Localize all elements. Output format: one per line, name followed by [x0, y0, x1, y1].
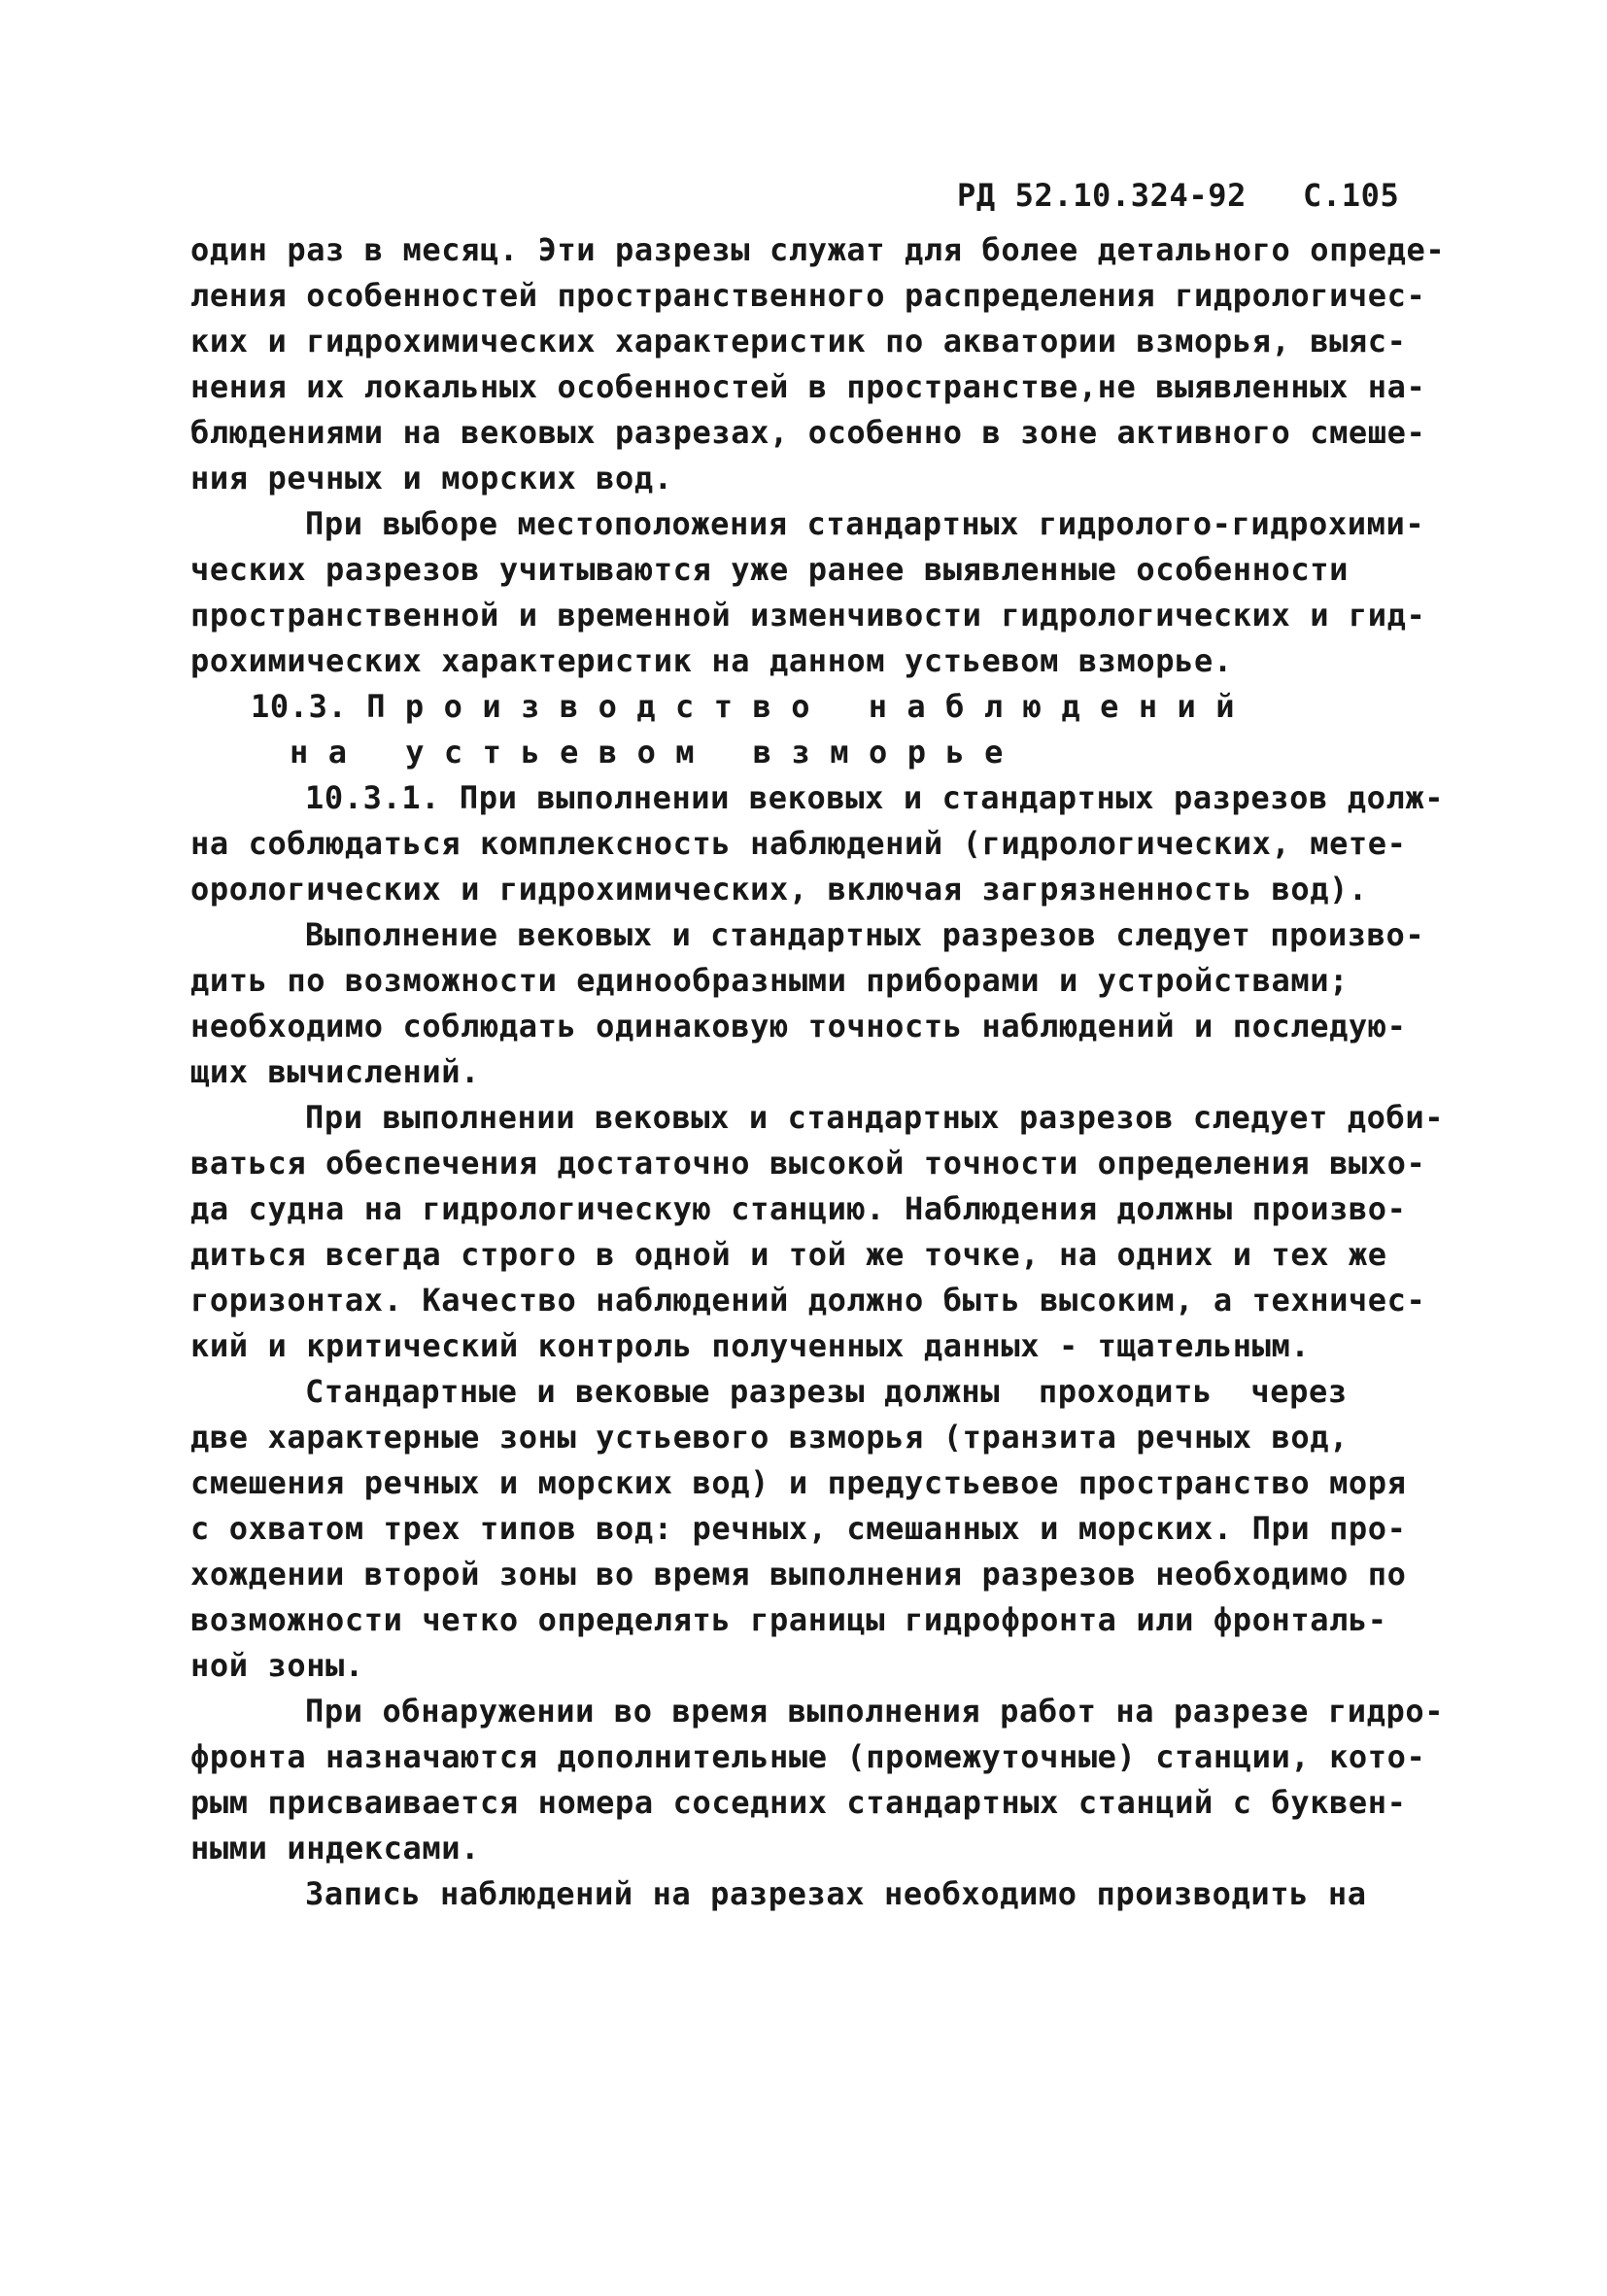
text-line: горизонтах. Качество наблюдений должно б…: [190, 1278, 1512, 1323]
heading-line: 10.3. П р о и з в о д с т в о н а б л ю …: [190, 684, 1512, 730]
document-body: один раз в месяц. Эти разрезы служат для…: [190, 227, 1512, 1917]
text-line: ления особенностей пространственного рас…: [190, 273, 1512, 319]
heading-line: н а у с т ь е в о м в з м о р ь е: [190, 730, 1512, 775]
page-header: РД 52.10.324-92 С.105: [957, 177, 1399, 214]
text-line: Запись наблюдений на разрезах необходимо…: [190, 1871, 1512, 1917]
text-line: ких и гидрохимических характеристик по а…: [190, 319, 1512, 364]
paragraph: При выполнении вековых и стандартных раз…: [190, 1095, 1512, 1369]
text-line: да судна на гидрологическую станцию. Наб…: [190, 1186, 1512, 1232]
paragraph: один раз в месяц. Эти разрезы служат для…: [190, 227, 1512, 501]
text-line: хождении второй зоны во время выполнения…: [190, 1552, 1512, 1597]
text-line: возможности четко определять границы гид…: [190, 1597, 1512, 1643]
text-line: ными индексами.: [190, 1826, 1512, 1871]
text-line: рым присваивается номера соседних станда…: [190, 1780, 1512, 1826]
text-line: При обнаружении во время выполнения рабо…: [190, 1689, 1512, 1734]
text-line: При выборе местоположения стандартных ги…: [190, 501, 1512, 547]
text-line: орологических и гидрохимических, включая…: [190, 867, 1512, 912]
text-line: пространственной и временной изменчивост…: [190, 593, 1512, 638]
text-line: две характерные зоны устьевого взморья (…: [190, 1415, 1512, 1460]
text-line: ния речных и морских вод.: [190, 456, 1512, 501]
text-line: Стандартные и вековые разрезы должны про…: [190, 1369, 1512, 1415]
text-line: блюдениями на вековых разрезах, особенно…: [190, 410, 1512, 456]
text-line: нения их локальных особенностей в простр…: [190, 364, 1512, 410]
text-line: необходимо соблюдать одинаковую точность…: [190, 1004, 1512, 1049]
text-line: кий и критический контроль полученных да…: [190, 1323, 1512, 1369]
page-number: С.105: [1303, 177, 1399, 214]
paragraph: Стандартные и вековые разрезы должны про…: [190, 1369, 1512, 1689]
text-line: щих вычислений.: [190, 1049, 1512, 1095]
header-gap: [1247, 177, 1303, 214]
text-line: один раз в месяц. Эти разрезы служат для…: [190, 227, 1512, 273]
section-heading: 10.3. П р о и з в о д с т в о н а б л ю …: [190, 684, 1512, 775]
paragraph: При обнаружении во время выполнения рабо…: [190, 1689, 1512, 1871]
paragraph: При выборе местоположения стандартных ги…: [190, 501, 1512, 684]
paragraph: Выполнение вековых и стандартных разрезо…: [190, 912, 1512, 1095]
text-line: с охватом трех типов вод: речных, смешан…: [190, 1506, 1512, 1552]
doc-number: РД 52.10.324-92: [957, 177, 1247, 214]
text-line: смешения речных и морских вод) и предуст…: [190, 1460, 1512, 1506]
text-line: 10.3.1. При выполнении вековых и стандар…: [190, 775, 1512, 821]
text-line: дить по возможности единообразными прибо…: [190, 958, 1512, 1004]
text-line: При выполнении вековых и стандартных раз…: [190, 1095, 1512, 1141]
text-line: рохимических характеристик на данном уст…: [190, 638, 1512, 684]
text-line: ческих разрезов учитываются уже ранее вы…: [190, 547, 1512, 593]
paragraph: 10.3.1. При выполнении вековых и стандар…: [190, 775, 1512, 912]
document-page: РД 52.10.324-92 С.105 один раз в месяц. …: [0, 0, 1607, 2296]
text-line: на соблюдаться комплексность наблюдений …: [190, 821, 1512, 867]
text-line: ваться обеспечения достаточно высокой то…: [190, 1141, 1512, 1186]
paragraph: Запись наблюдений на разрезах необходимо…: [190, 1871, 1512, 1917]
text-line: Выполнение вековых и стандартных разрезо…: [190, 912, 1512, 958]
text-line: диться всегда строго в одной и той же то…: [190, 1232, 1512, 1278]
text-line: ной зоны.: [190, 1643, 1512, 1689]
text-line: фронта назначаются дополнительные (проме…: [190, 1734, 1512, 1780]
